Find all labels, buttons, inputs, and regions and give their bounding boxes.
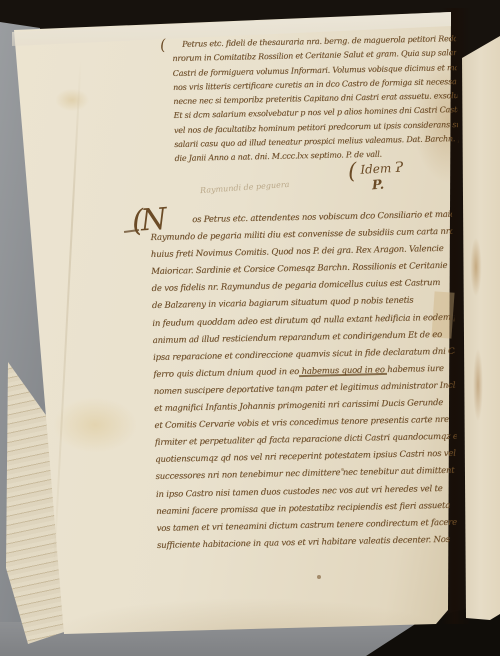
stain (468, 222, 484, 312)
flourish-bracket: ( (347, 159, 357, 184)
idem-label: Idem (360, 161, 392, 177)
flourish-tail: Ɂ (395, 160, 404, 176)
ink-speck (317, 575, 321, 579)
paragraph-2: os Petrus etc. attendentes nos vobiscum … (150, 207, 459, 555)
manuscript-photo: ( Petrus etc. fideli de thesauraria nra.… (0, 0, 500, 656)
notarial-signum: P. (371, 178, 384, 194)
paragraph-1: Petrus etc. fideli de thesauraria nra. b… (172, 32, 459, 167)
stain (470, 330, 486, 440)
